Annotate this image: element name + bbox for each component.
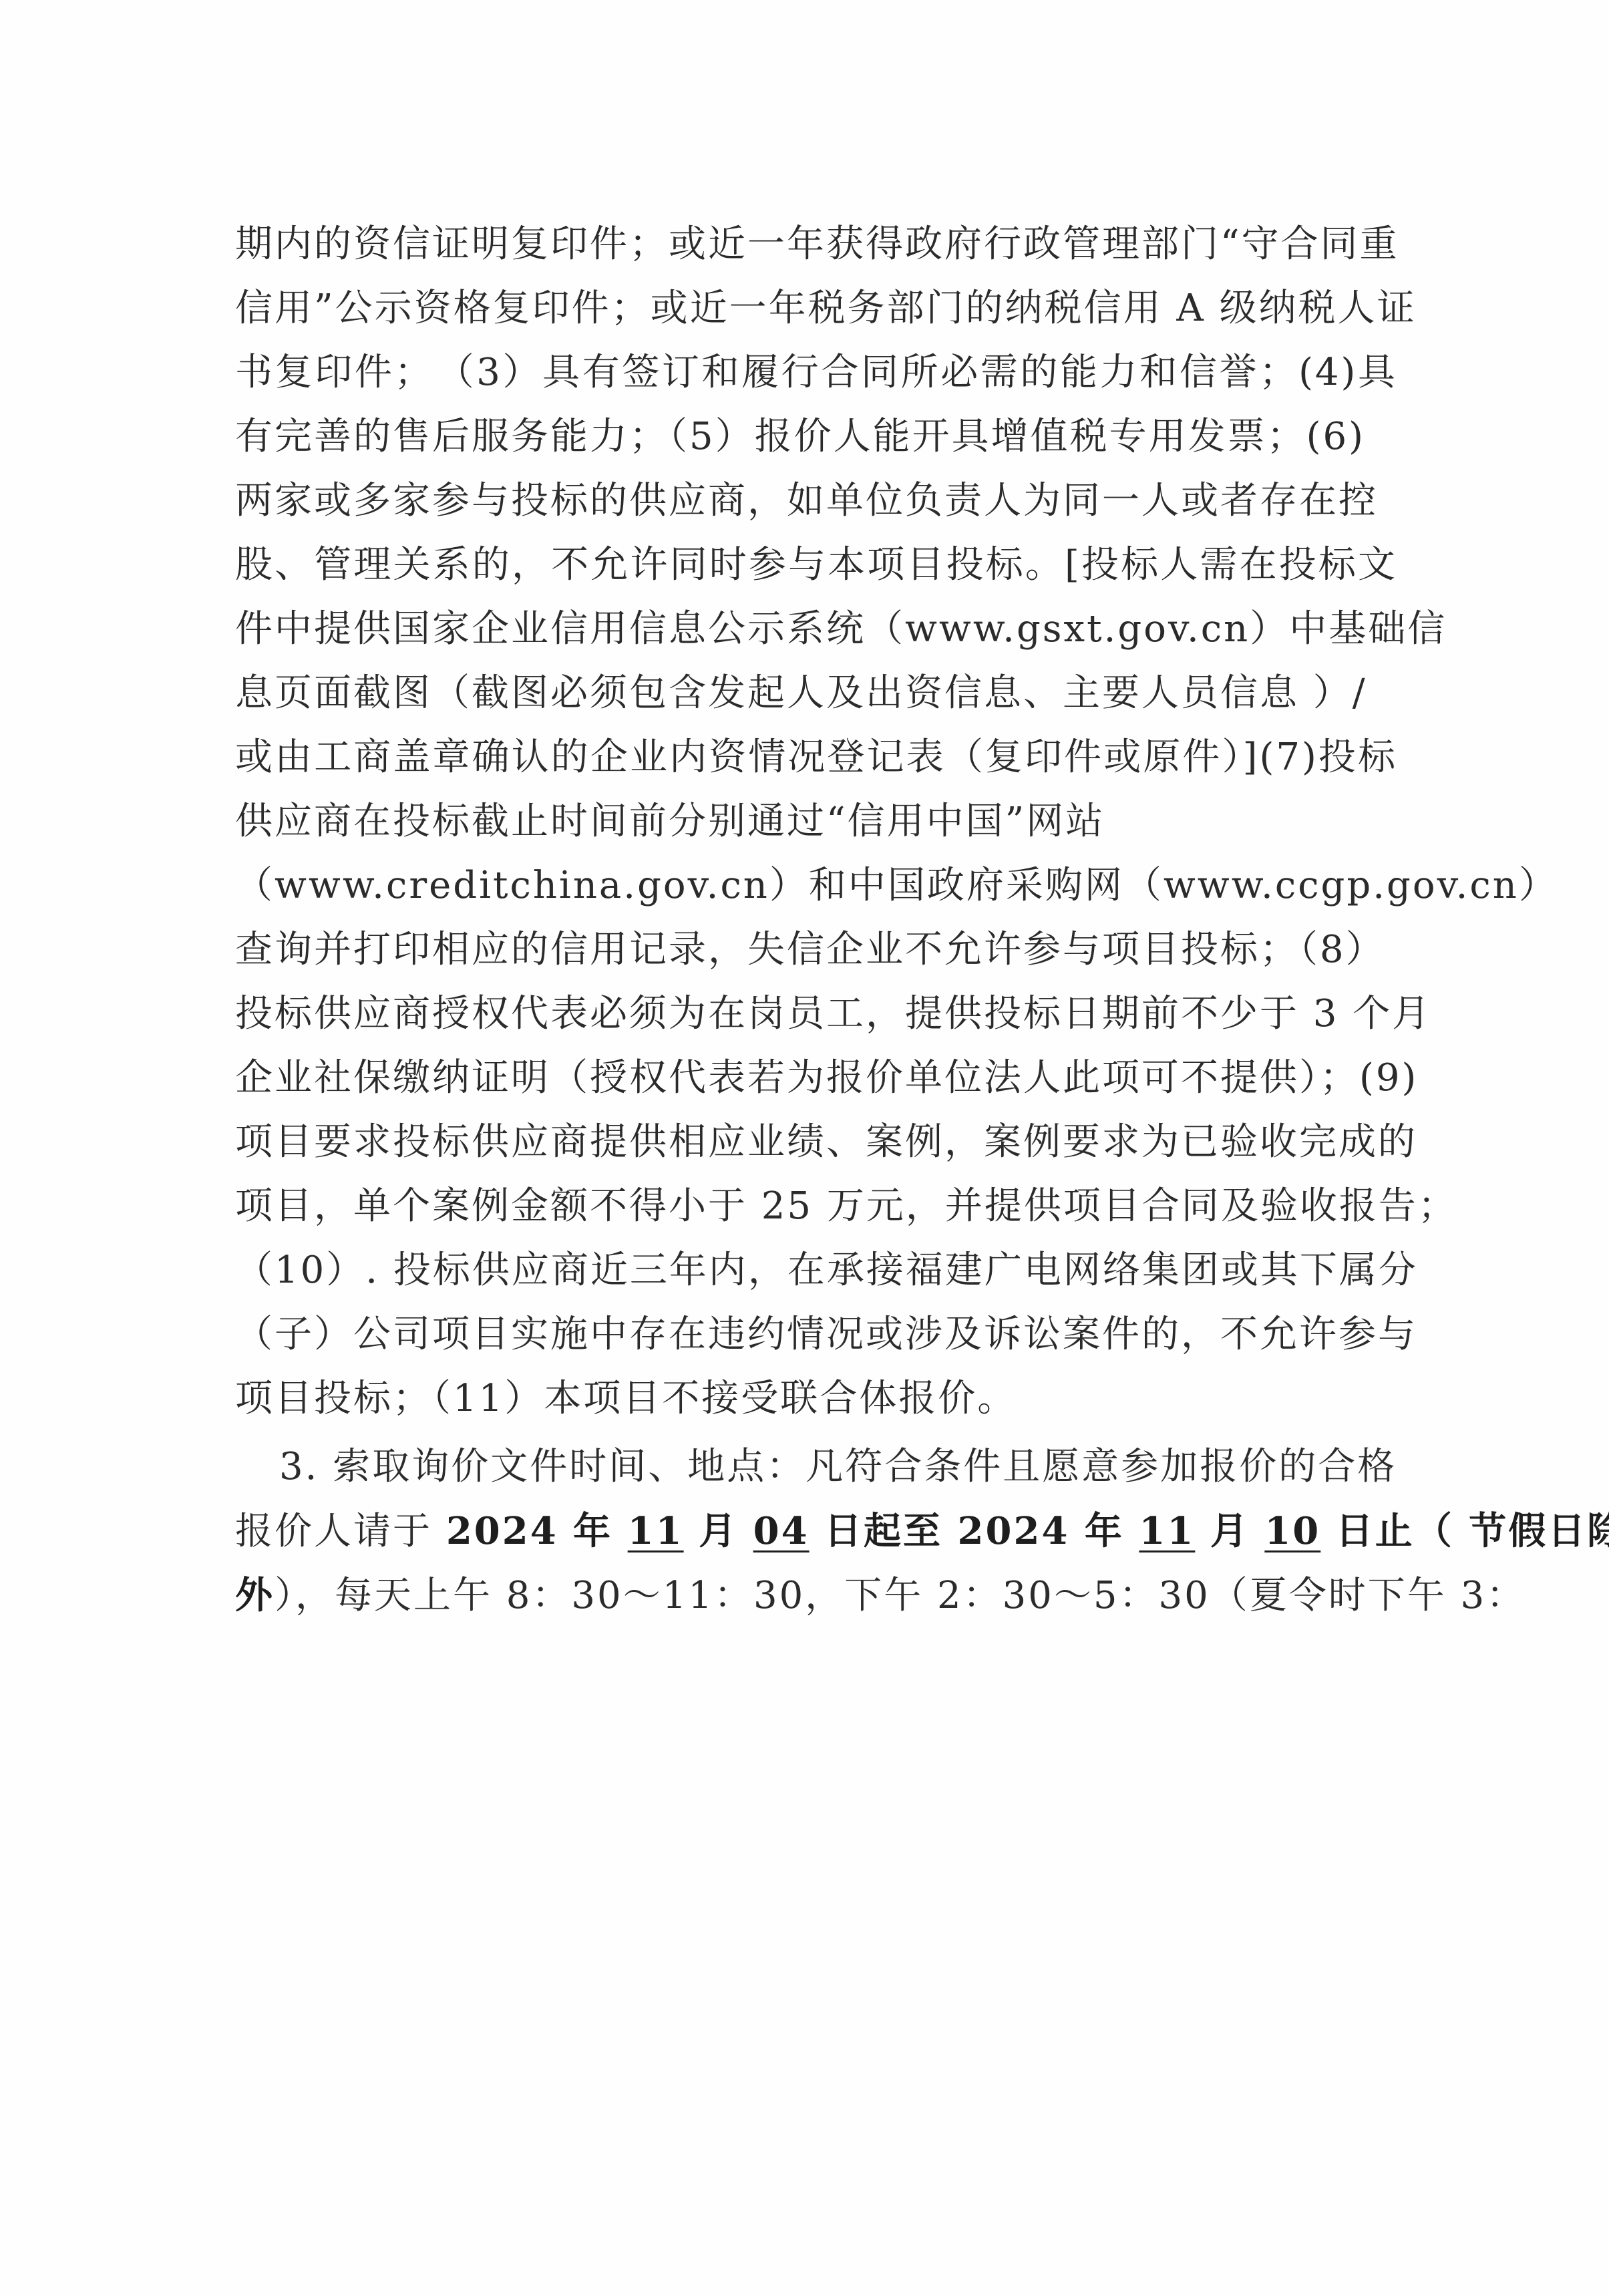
year-label: 年 xyxy=(1069,1509,1139,1553)
paragraph-line: 股、管理关系的，不允许同时参与本项目投标。[投标人需在投标文 xyxy=(235,533,1397,597)
section-3-hours-line: 外），每天上午 8：30～11：30，下午 2：30～5：30（夏令时下午 3： xyxy=(235,1563,1397,1627)
end-year: 2024 xyxy=(958,1509,1070,1553)
start-year: 2024 xyxy=(446,1509,558,1553)
paragraph-line: 件中提供国家企业信用信息公示系统（www.gsxt.gov.cn）中基础信 xyxy=(235,597,1397,661)
paragraph-line: 项目要求投标供应商提供相应业绩、案例，案例要求为已验收完成的 xyxy=(235,1110,1397,1174)
paragraph-line-urls: （www.creditchina.gov.cn）和中国政府采购网（www.ccg… xyxy=(235,854,1397,918)
office-hours-text: ），每天上午 8：30～11：30，下午 2：30～5：30（夏令时下午 3： xyxy=(275,1574,1526,1617)
day-to-label: 日止（ 节假日除 xyxy=(1320,1509,1609,1553)
paragraph-line: 期内的资信证明复印件；或近一年获得政府行政管理部门“守合同重 xyxy=(235,212,1397,277)
month-label: 月 xyxy=(1195,1509,1264,1553)
start-day: 04 xyxy=(753,1509,810,1553)
paragraph-line: 供应商在投标截止时间前分别通过“信用中国”网站 xyxy=(235,790,1397,854)
start-month: 11 xyxy=(628,1509,684,1553)
paragraph-line: 两家或多家参与投标的供应商，如单位负责人为同一人或者存在控 xyxy=(235,469,1397,533)
paragraph-line: 息页面截图（截图必须包含发起人及出资信息、主要人员信息 ）/ xyxy=(235,661,1397,725)
paragraph-line: 项目，单个案例金额不得小于 25 万元，并提供项目合同及验收报告； xyxy=(235,1174,1397,1239)
paragraph-line: 查询并打印相应的信用记录，失信企业不允许参与项目投标；（8） xyxy=(235,918,1397,982)
year-label: 年 xyxy=(558,1509,628,1553)
paragraph-line: 或由工商盖章确认的企业内资情况登记表（复印件或原件）](7)投标 xyxy=(235,725,1397,790)
paragraph-line: 企业社保缴纳证明（授权代表若为报价单位法人此项可不提供）；(9) xyxy=(235,1046,1397,1110)
end-day: 10 xyxy=(1264,1509,1320,1553)
paragraph-line: 书复印件； （3）具有签订和履行合同所必需的能力和信誉；(4)具 xyxy=(235,341,1397,405)
section-3-heading-line: 3. 索取询价文件时间、地点：凡符合条件且愿意参加报价的合格 xyxy=(279,1435,1399,1499)
section-3-date-line: 报价人请于 2024 年 11 月 04 日起至 2024 年 11 月 10 … xyxy=(235,1499,1397,1563)
paragraph-line: 信用”公示资格复印件；或近一年税务部门的纳税信用 A 级纳税人证 xyxy=(235,277,1397,341)
date-line-prefix: 报价人请于 xyxy=(235,1510,446,1553)
paragraph-line: 投标供应商授权代表必须为在岗员工，提供投标日期前不少于 3 个月 xyxy=(235,982,1397,1046)
document-page: 期内的资信证明复印件；或近一年获得政府行政管理部门“守合同重 信用”公示资格复印… xyxy=(0,0,1609,2296)
paragraph-line: （10）. 投标供应商近三年内，在承接福建广电网络集团或其下属分 xyxy=(235,1239,1397,1303)
holiday-exception-end: 外 xyxy=(235,1573,275,1617)
paragraph-line: 有完善的售后服务能力；（5）报价人能开具增值税专用发票；(6) xyxy=(235,405,1397,469)
end-month: 11 xyxy=(1139,1509,1195,1553)
month-label: 月 xyxy=(684,1509,753,1553)
paragraph-line: 项目投标；（11）本项目不接受联合体报价。 xyxy=(235,1367,1397,1431)
day-from-label: 日起至 xyxy=(810,1509,958,1553)
paragraph-line: （子）公司项目实施中存在违约情况或涉及诉讼案件的，不允许参与 xyxy=(235,1303,1397,1367)
